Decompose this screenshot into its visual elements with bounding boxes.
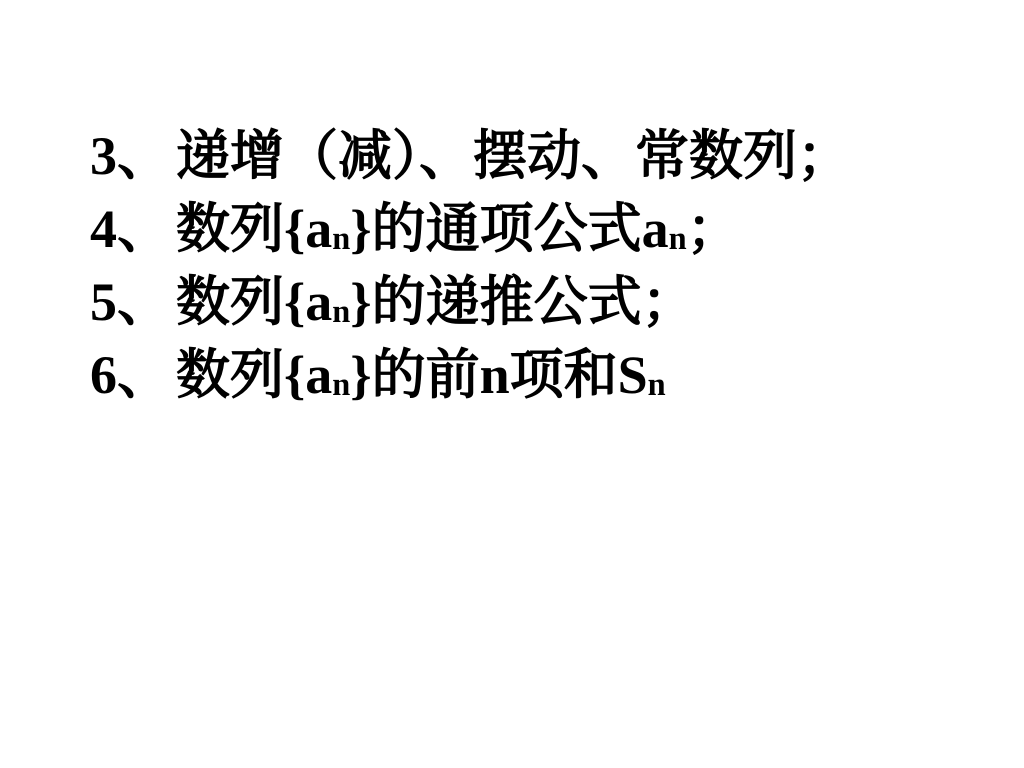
text-segment: 数列{a [176, 272, 332, 332]
item-number: 3、 [90, 120, 176, 193]
subscript-n: n [332, 294, 350, 330]
list-item: 6、 数列{an}的前n项和Sn [90, 339, 851, 412]
text-segment: 递增（减）、摆动、常数列； [176, 126, 851, 186]
item-content: 数列{an}的递推公式； [176, 266, 696, 339]
slide-canvas: 3、 递增（减）、摆动、常数列； 4、 数列{an}的通项公式an； 5、 数列… [0, 0, 1024, 768]
item-number: 4、 [90, 193, 176, 266]
subscript-n: n [332, 367, 350, 403]
item-content: 数列{an}的前n项和Sn [176, 339, 666, 412]
item-number: 5、 [90, 266, 176, 339]
text-segment: }的前n项和S [350, 345, 647, 405]
item-content: 递增（减）、摆动、常数列； [176, 120, 851, 193]
text-segment: ； [687, 199, 741, 259]
numbered-list: 3、 递增（减）、摆动、常数列； 4、 数列{an}的通项公式an； 5、 数列… [90, 120, 851, 412]
list-item: 5、 数列{an}的递推公式； [90, 266, 851, 339]
text-segment: 数列{a [176, 199, 332, 259]
list-item: 4、 数列{an}的通项公式an； [90, 193, 851, 266]
text-segment: }的通项公式a [350, 199, 668, 259]
subscript-n: n [648, 367, 666, 403]
text-segment: }的递推公式； [350, 272, 695, 332]
list-item: 3、 递增（减）、摆动、常数列； [90, 120, 851, 193]
item-content: 数列{an}的通项公式an； [176, 193, 741, 266]
subscript-n: n [332, 221, 350, 257]
text-segment: 数列{a [176, 345, 332, 405]
item-number: 6、 [90, 339, 176, 412]
subscript-n: n [669, 221, 687, 257]
